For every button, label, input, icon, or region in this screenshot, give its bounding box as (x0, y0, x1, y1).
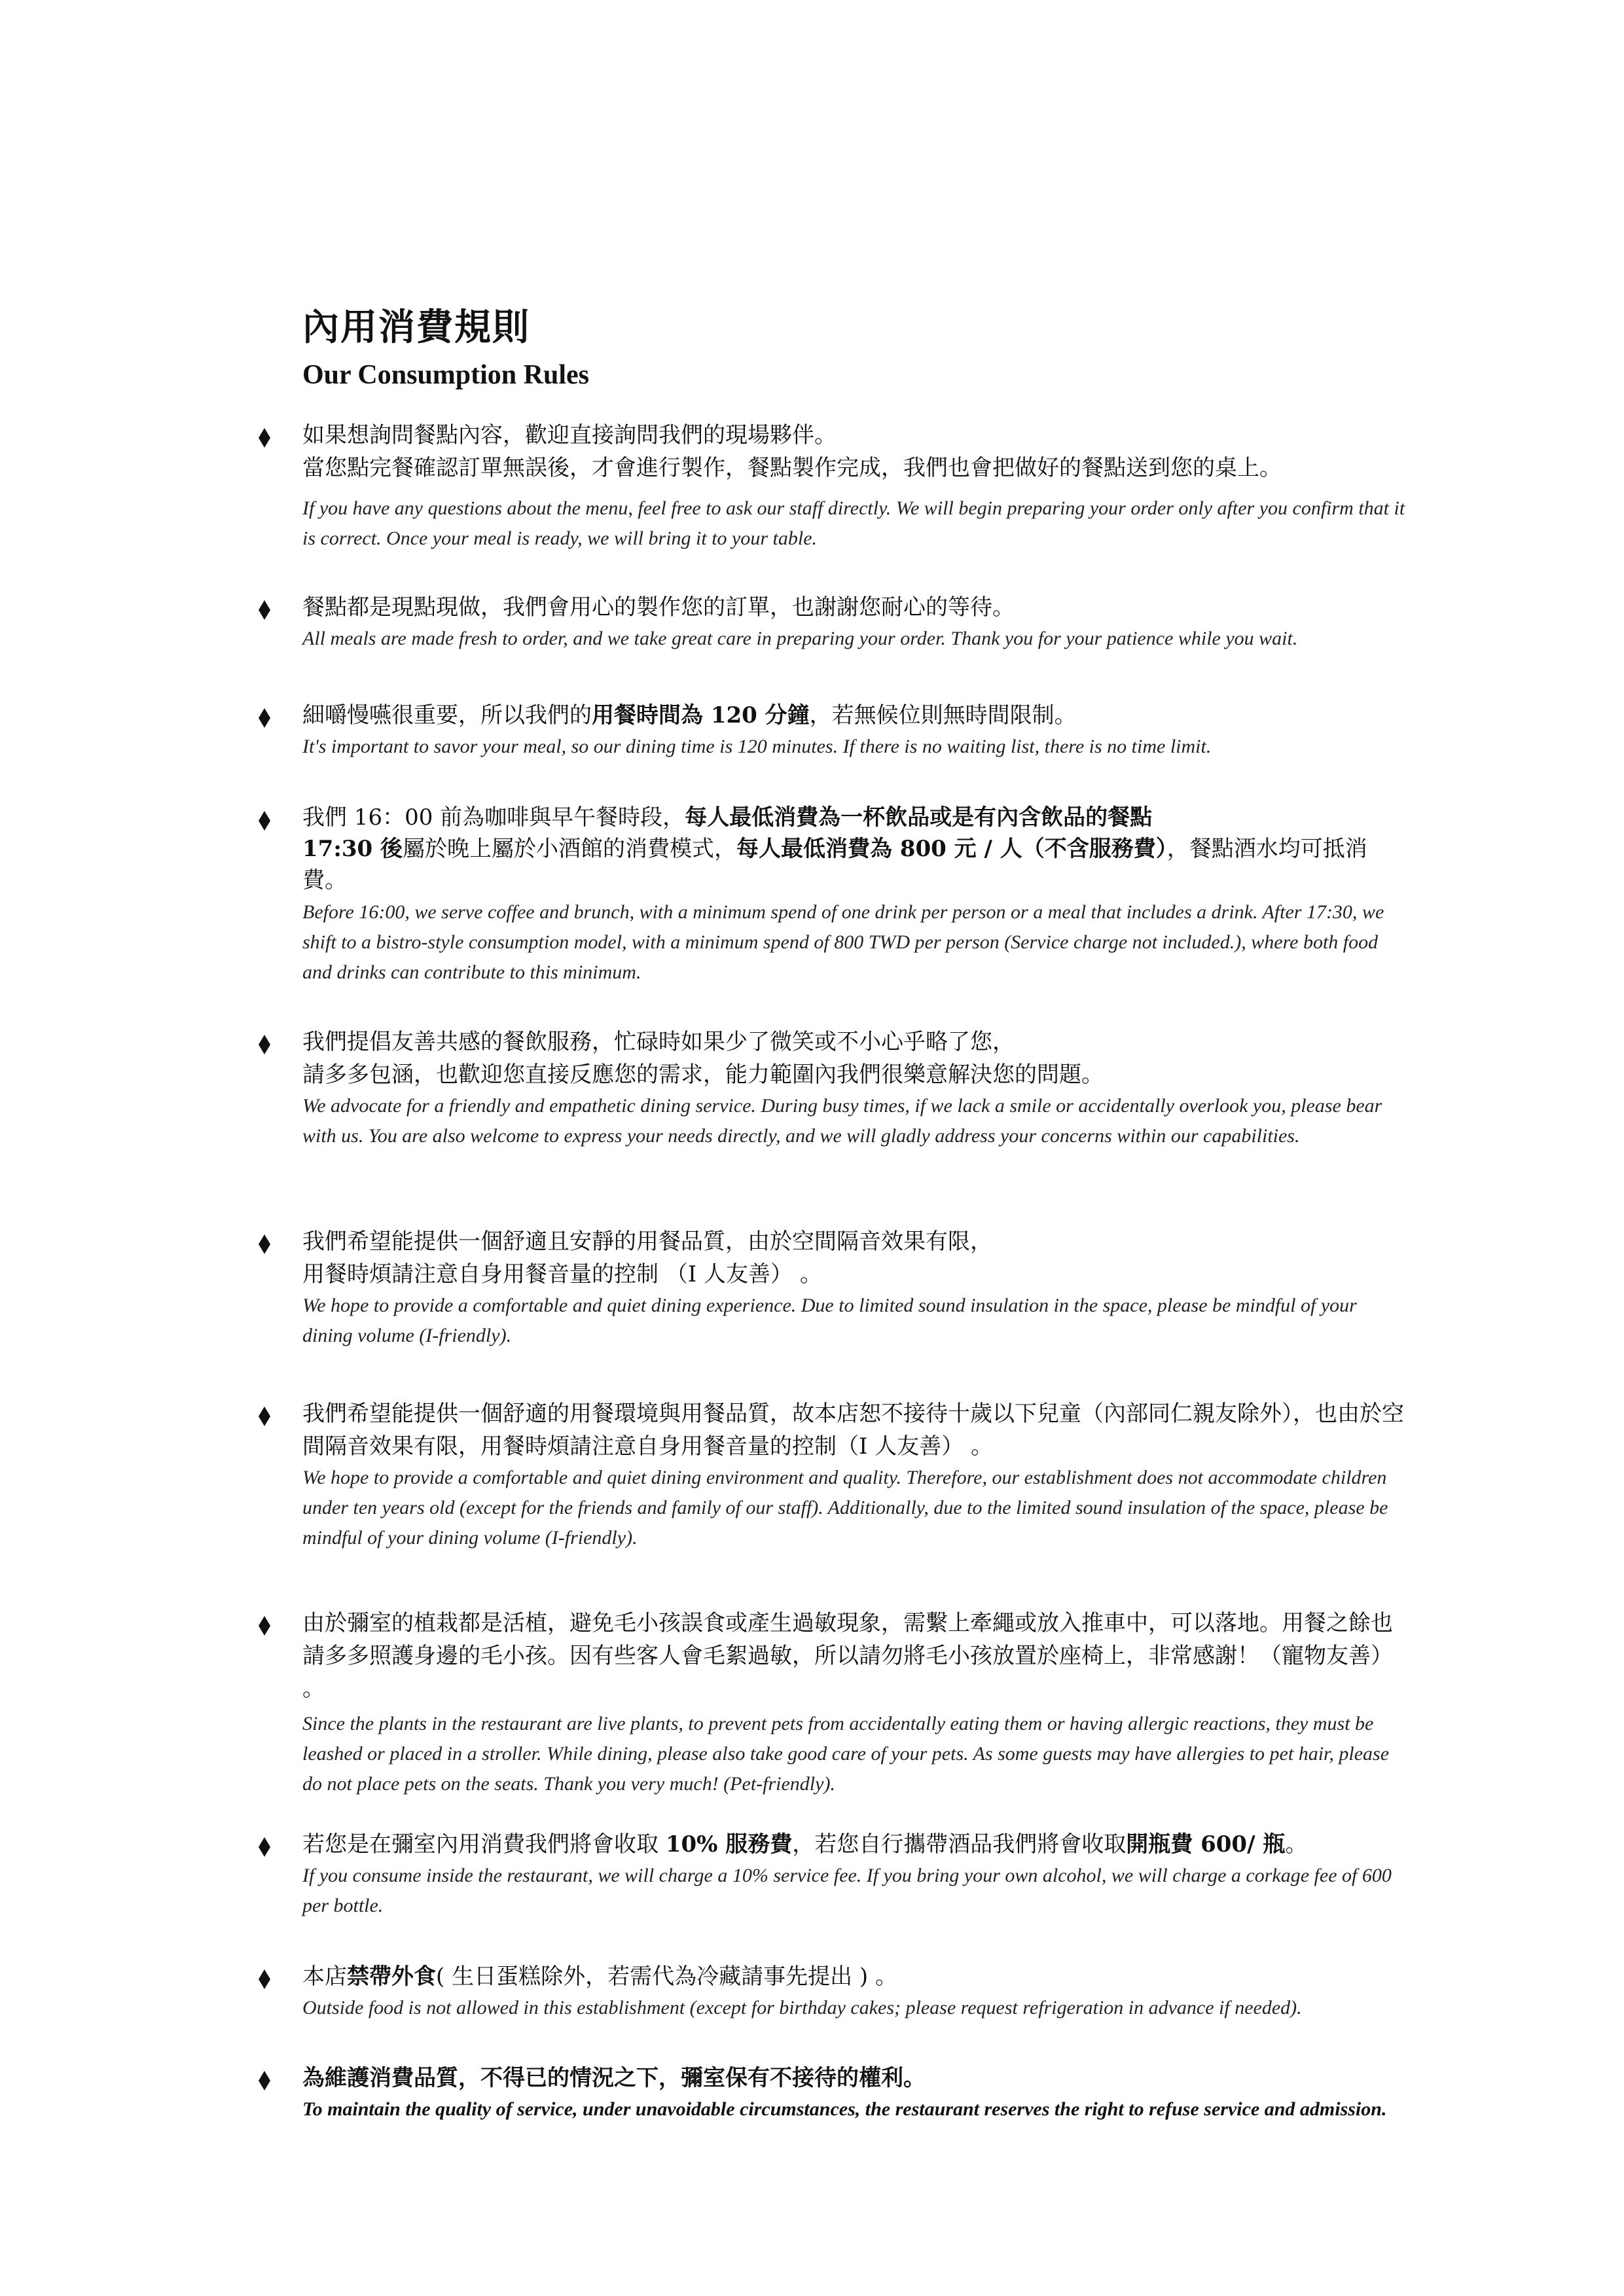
rule-text-zh: 如果想詢問餐點內容，歡迎直接詢問我們的現場夥伴。 當您點完餐確認訂單無誤後，才會… (302, 419, 1411, 484)
rule-text-zh-line: 如果想詢問餐點內容，歡迎直接詢問我們的現場夥伴。 (302, 419, 1411, 452)
rule-text-zh: 我們希望能提供一個舒適的用餐環境與用餐品質，故本店恕不接待十歲以下兒童（內部同仁… (302, 1397, 1411, 1463)
text-segment: 本店 (302, 1964, 347, 1990)
rule-item: 如果想詢問餐點內容，歡迎直接詢問我們的現場夥伴。 當您點完餐確認訂單無誤後，才會… (259, 419, 1411, 554)
rule-text-zh-line: 請多多包涵，也歡迎您直接反應您的需求，能力範圍內我們很樂意解決您的問題。 (302, 1058, 1411, 1091)
rule-text-en: Outside food is not allowed in this esta… (302, 1993, 1411, 2023)
rule-text-en: If you consume inside the restaurant, we… (302, 1861, 1411, 1921)
rule-text-en: We advocate for a friendly and empatheti… (302, 1091, 1411, 1151)
rule-text-zh: 我們提倡友善共感的餐飲服務，忙碌時如果少了微笑或不小心乎略了您， 請多多包涵，也… (302, 1026, 1411, 1091)
rule-text-zh-line: 我們希望能提供一個舒適且安靜的用餐品質，由於空間隔音效果有限， (302, 1225, 1411, 1258)
text-segment: 屬於晚上屬於小酒館的消費模式， (403, 836, 736, 862)
text-segment: ，若無候位則無時間限制。 (810, 702, 1077, 728)
text-segment: 我們 16：00 前為咖啡與早午餐時段， (302, 804, 685, 831)
rule-item: 我們希望能提供一個舒適且安靜的用餐品質，由於空間隔音效果有限， 用餐時煩請注意自… (259, 1225, 1411, 1351)
text-segment: ，若您自行攜帶酒品我們將會收取 (792, 1831, 1126, 1857)
highlight-dining-time: 用餐時間為 120 分鐘 (592, 702, 810, 728)
rule-text-zh: 若您是在彌室內用消費我們將會收取 10% 服務費，若您自行攜帶酒品我們將會收取開… (302, 1828, 1411, 1861)
rule-item: 我們提倡友善共感的餐飲服務，忙碌時如果少了微笑或不小心乎略了您， 請多多包涵，也… (259, 1026, 1411, 1151)
rule-text-en: We hope to provide a comfortable and qui… (302, 1463, 1411, 1553)
rule-text-zh-line: 當您點完餐確認訂單無誤後，才會進行製作，餐點製作完成，我們也會把做好的餐點送到您… (302, 452, 1411, 484)
rule-item: 本店禁帶外食( 生日蛋糕除外，若需代為冷藏請事先提出 ) 。 Outside f… (259, 1960, 1411, 2023)
rule-text-zh-line: 用餐時煩請注意自身用餐音量的控制 （I 人友善） 。 (302, 1258, 1411, 1291)
diamond-bullet-icon (259, 811, 270, 831)
diamond-bullet-icon (259, 1616, 270, 1636)
rule-text-en: If you have any questions about the menu… (302, 493, 1411, 554)
diamond-bullet-icon (259, 428, 270, 448)
rule-text-zh: 為維護消費品質，不得已的情況之下，彌室保有不接待的權利。 (302, 2062, 1411, 2094)
rule-text-zh: 由於彌室的植栽都是活植，避免毛小孩誤食或產生過敏現象，需繫上牽繩或放入推車中，可… (302, 1607, 1411, 1705)
highlight-corkage-fee: 開瓶費 600/ 瓶 (1126, 1831, 1285, 1857)
rule-text-en: We hope to provide a comfortable and qui… (302, 1291, 1411, 1351)
rule-text-zh-line: 我們提倡友善共感的餐飲服務，忙碌時如果少了微笑或不小心乎略了您， (302, 1026, 1411, 1058)
rule-item: 由於彌室的植栽都是活植，避免毛小孩誤食或產生過敏現象，需繫上牽繩或放入推車中，可… (259, 1607, 1411, 1799)
diamond-bullet-icon (259, 1035, 270, 1054)
rule-item: 若您是在彌室內用消費我們將會收取 10% 服務費，若您自行攜帶酒品我們將會收取開… (259, 1828, 1411, 1921)
rule-text-zh: 我們 16：00 前為咖啡與早午餐時段，每人最低消費為一杯飲品或是有內含飲品的餐… (302, 802, 1411, 896)
rule-text-en: To maintain the quality of service, unde… (302, 2094, 1411, 2125)
rule-item: 我們 16：00 前為咖啡與早午餐時段，每人最低消費為一杯飲品或是有內含飲品的餐… (259, 802, 1411, 988)
diamond-bullet-icon (259, 600, 270, 620)
rule-item: 我們希望能提供一個舒適的用餐環境與用餐品質，故本店恕不接待十歲以下兒童（內部同仁… (259, 1397, 1411, 1553)
highlight-no-outside-food: 禁帶外食 (347, 1964, 436, 1990)
diamond-bullet-icon (259, 1407, 270, 1426)
diamond-bullet-icon (259, 1234, 270, 1254)
text-segment: ( 生日蛋糕除外，若需代為冷藏請事先提出 ) 。 (436, 1964, 897, 1990)
highlight-min-spend-day: 每人最低消費為一杯飲品或是有內含飲品的餐點 (685, 804, 1152, 831)
rule-text-en: It's important to savor your meal, so ou… (302, 732, 1411, 762)
rule-text-en: All meals are made fresh to order, and w… (302, 624, 1411, 654)
text-segment: 若您是在彌室內用消費我們將會收取 (302, 1831, 666, 1857)
diamond-bullet-icon (259, 2071, 270, 2090)
highlight-time: 17:30 後 (302, 836, 403, 862)
highlight-min-spend-night: 每人最低消費為 800 元 / 人（不含服務費） (736, 836, 1167, 862)
rule-text-zh: 本店禁帶外食( 生日蛋糕除外，若需代為冷藏請事先提出 ) 。 (302, 1960, 1411, 1993)
rule-text-zh: 我們希望能提供一個舒適且安靜的用餐品質，由於空間隔音效果有限， 用餐時煩請注意自… (302, 1225, 1411, 1291)
text-segment: 。 (1285, 1831, 1307, 1857)
text-segment: 細嚼慢嚥很重要，所以我們的 (302, 702, 592, 728)
diamond-bullet-icon (259, 1837, 270, 1857)
rule-text-en: Since the plants in the restaurant are l… (302, 1709, 1411, 1799)
rule-item: 細嚼慢嚥很重要，所以我們的用餐時間為 120 分鐘，若無候位則無時間限制。 It… (259, 699, 1411, 762)
highlight-service-fee: 10% 服務費 (666, 1831, 792, 1857)
rule-item: 為維護消費品質，不得已的情況之下，彌室保有不接待的權利。 To maintain… (259, 2062, 1411, 2125)
highlight-refuse-right: 為維護消費品質，不得已的情況之下，彌室保有不接待的權利。 (302, 2065, 926, 2091)
diamond-bullet-icon (259, 1969, 270, 1989)
page-title-en: Our Consumption Rules (302, 357, 589, 393)
rule-text-zh: 細嚼慢嚥很重要，所以我們的用餐時間為 120 分鐘，若無候位則無時間限制。 (302, 699, 1411, 732)
rule-text-zh: 餐點都是現點現做，我們會用心的製作您的訂單，也謝謝您耐心的等待。 (302, 591, 1411, 624)
rule-text-en: Before 16:00, we serve coffee and brunch… (302, 897, 1411, 988)
page-title-zh: 內用消費規則 (302, 304, 530, 351)
rule-item: 餐點都是現點現做，我們會用心的製作您的訂單，也謝謝您耐心的等待。 All mea… (259, 591, 1411, 654)
diamond-bullet-icon (259, 708, 270, 728)
